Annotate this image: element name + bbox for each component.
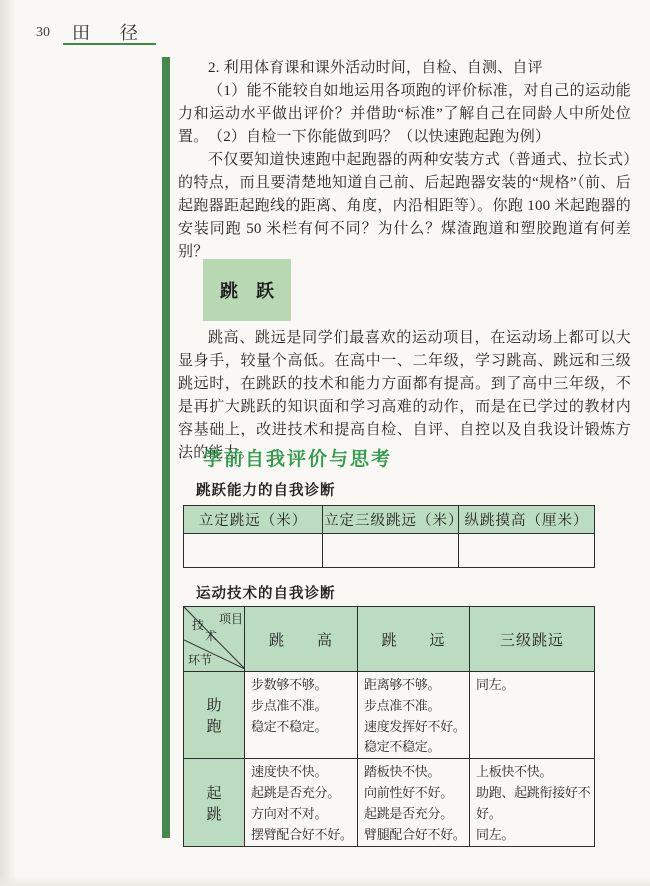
paragraph-question-2: （2）自检一下你能做到吗？（以快速跑起跑为例） bbox=[178, 126, 631, 149]
row-label-chars: 助 跑 bbox=[184, 694, 244, 736]
cell-approach-triple-jump: 同左。 bbox=[470, 672, 595, 759]
paragraph-self-check-intro: 2. 利用体育课和课外活动时间，自检、自测、自评 bbox=[178, 57, 631, 80]
section-box-jump: 跳 跃 bbox=[203, 259, 291, 321]
table-entry-row bbox=[184, 534, 595, 568]
row-label-takeoff: 起 跳 bbox=[184, 759, 245, 847]
chapter-title: 田 径 bbox=[72, 19, 144, 45]
section-box-title: 跳 跃 bbox=[220, 277, 274, 303]
heading-pre-study-evaluation: 学前自我评价与思考 bbox=[203, 444, 392, 471]
row-label-chars: 起 跳 bbox=[184, 782, 244, 824]
table2-label: 运动技术的自我诊断 bbox=[196, 582, 336, 603]
row-label-char: 助 bbox=[206, 694, 221, 715]
table-header-row: 项目 技 术 环节 跳 高 跳 远 三级跳远 bbox=[184, 607, 595, 672]
corner-label-phase: 环节 bbox=[188, 652, 212, 667]
technique-diagnosis-table: 项目 技 术 环节 跳 高 跳 远 三级跳远 助 跑 步数够不够。 步点准不准。… bbox=[183, 606, 595, 847]
diagonal-header-graphic: 项目 技 术 环节 bbox=[184, 607, 245, 669]
jump-ability-table: 立定跳远（米） 立定三级跳远（米） 纵跳摸高（厘米） bbox=[183, 505, 595, 568]
textbook-page: 30 田 径 2. 利用体育课和课外活动时间，自检、自测、自评 （1）能不能较自… bbox=[0, 0, 650, 886]
corner-diagonal-cell: 项目 技 术 环节 bbox=[184, 607, 245, 672]
cell-takeoff-high-jump: 速度快不快。 起跳是否充分。 方向对不对。 摆臂配合好不好。 bbox=[245, 759, 358, 847]
scan-edge-shadow bbox=[0, 0, 16, 886]
scan-bottom-shadow bbox=[0, 876, 650, 886]
page-number: 30 bbox=[36, 25, 50, 41]
header-standing-triple-jump: 立定三级跳远（米） bbox=[323, 506, 459, 534]
corner-label-project: 项目 bbox=[219, 612, 243, 626]
paragraph-starting-blocks: 不仅要知道快速跑中起跑器的两种安装方式（普通式、拉长式）的特点，而且要清楚地知道… bbox=[178, 149, 631, 264]
row-label-approach: 助 跑 bbox=[184, 672, 245, 759]
cell-takeoff-triple-jump: 上板快不快。 助跑、起跳衔接好不好。 同左。 bbox=[470, 759, 595, 847]
cell-approach-high-jump: 步数够不够。 步点准不准。 稳定不稳定。 bbox=[245, 672, 358, 759]
table-header-row: 立定跳远（米） 立定三级跳远（米） 纵跳摸高（厘米） bbox=[184, 506, 595, 534]
header-triple-jump: 三级跳远 bbox=[470, 607, 595, 672]
entry-cell bbox=[459, 534, 595, 568]
cell-takeoff-long-jump: 踏板快不快。 向前性好不好。 起跳是否充分。 臂腿配合好不好。 bbox=[358, 759, 470, 847]
header-vertical-jump-reach: 纵跳摸高（厘米） bbox=[459, 506, 595, 534]
row-label-char: 跑 bbox=[206, 715, 221, 736]
corner-label-tech-a: 技 bbox=[192, 617, 204, 632]
cell-approach-long-jump: 距离够不够。 步点准不准。 速度发挥好不好。 稳定不稳定。 bbox=[358, 672, 470, 759]
header-long-jump: 跳 远 bbox=[358, 607, 470, 672]
row-label-char: 跳 bbox=[206, 803, 221, 824]
row-approach-run: 助 跑 步数够不够。 步点准不准。 稳定不稳定。 距离够不够。 步点准不准。 速… bbox=[184, 672, 595, 759]
entry-cell bbox=[184, 534, 323, 568]
corner-label-tech-b: 术 bbox=[205, 628, 217, 643]
row-label-char: 起 bbox=[206, 782, 221, 803]
row-takeoff: 起 跳 速度快不快。 起跳是否充分。 方向对不对。 摆臂配合好不好。 踏板快不快… bbox=[184, 759, 595, 847]
header-standing-long-jump: 立定跳远（米） bbox=[184, 506, 323, 534]
header-high-jump: 跳 高 bbox=[245, 607, 358, 672]
entry-cell bbox=[323, 534, 459, 568]
chapter-title-underline bbox=[63, 43, 156, 45]
margin-accent-bar bbox=[162, 57, 170, 838]
table1-label: 跳跃能力的自我诊断 bbox=[196, 479, 336, 500]
